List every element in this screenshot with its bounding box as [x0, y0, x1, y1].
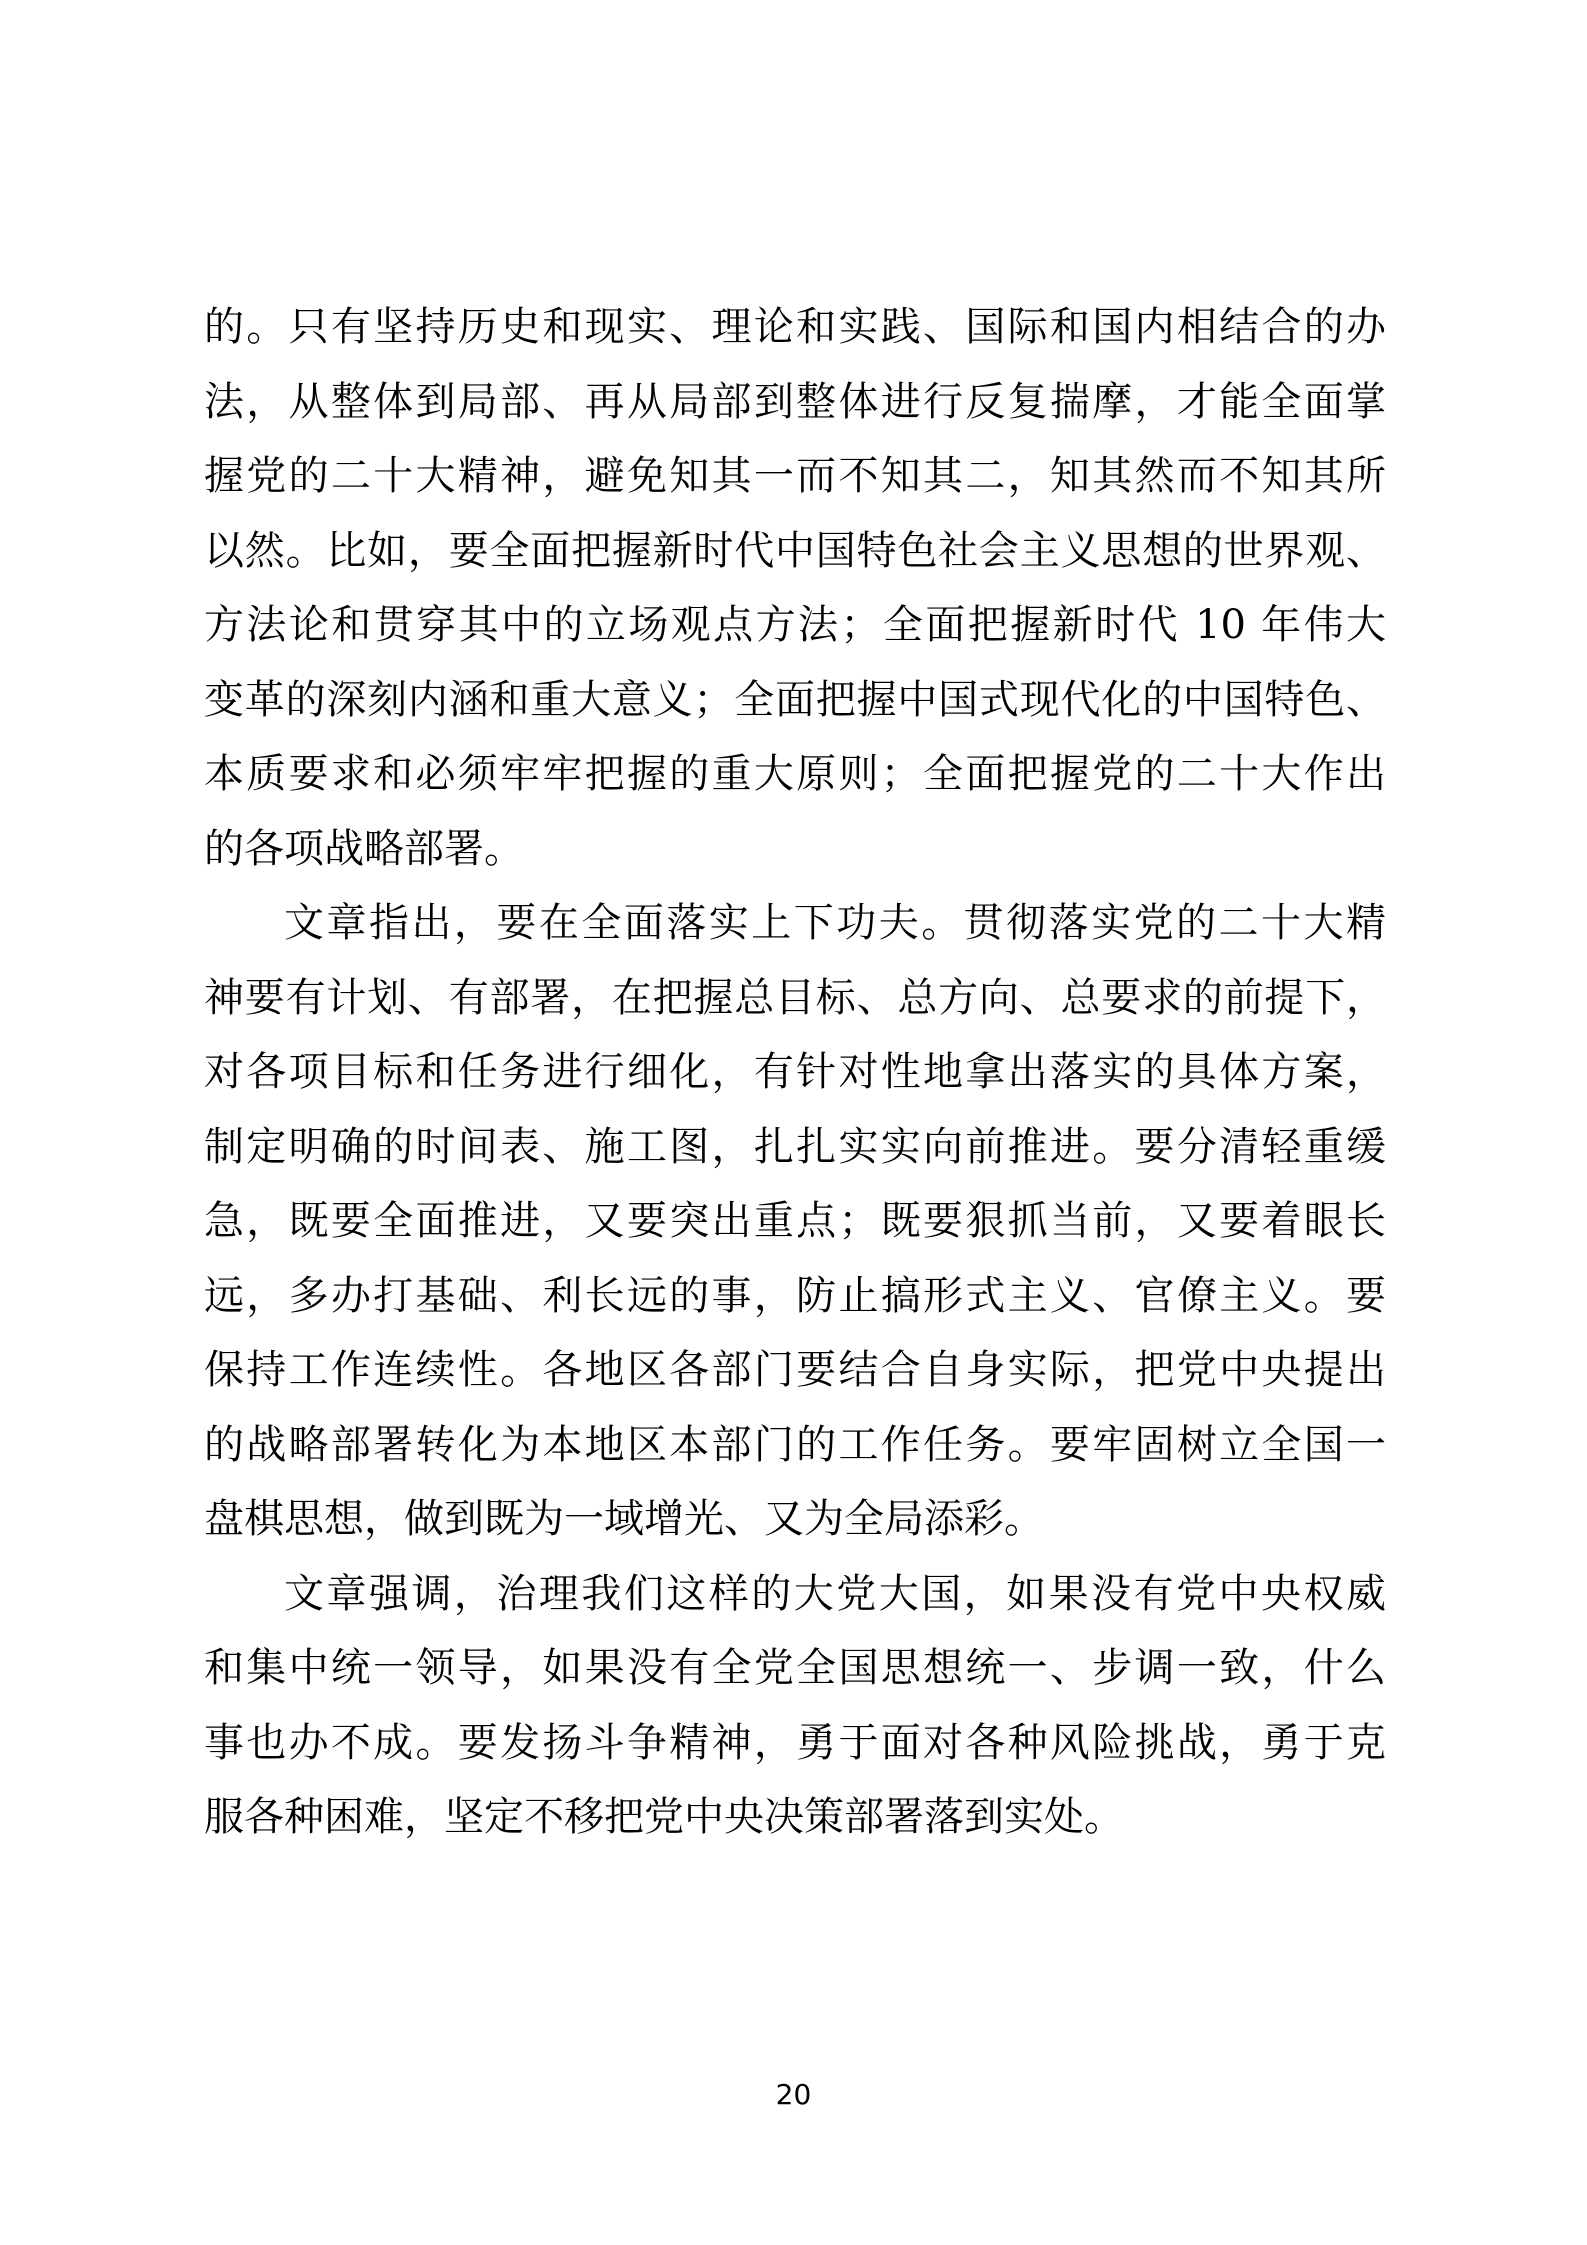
text-line: 远，多办打基础、利长远的事，防止搞形式主义、官僚主义。要 [204, 1259, 1386, 1334]
page-number: 20 [776, 2078, 812, 2111]
text-line: 服各种困难，坚定不移把党中央决策部署落到实处。 [204, 1780, 1386, 1855]
text-line: 和集中统一领导，如果没有全党全国思想统一、步调一致，什么 [204, 1631, 1386, 1706]
text-line: 文章指出，要在全面落实上下功夫。贯彻落实党的二十大精 [204, 886, 1386, 961]
text-line: 的战略部署转化为本地区本部门的工作任务。要牢固树立全国一 [204, 1408, 1386, 1483]
text-line: 方法论和贯穿其中的立场观点方法；全面把握新时代 10 年伟大 [204, 588, 1386, 663]
text-line: 的各项战略部署。 [204, 812, 1386, 887]
text-line: 盘棋思想，做到既为一域增光、又为全局添彩。 [204, 1482, 1386, 1557]
text-line: 本质要求和必须牢牢把握的重大原则；全面把握党的二十大作出 [204, 737, 1386, 812]
text-line: 法，从整体到局部、再从局部到整体进行反复揣摩，才能全面掌 [204, 365, 1386, 440]
text-line: 握党的二十大精神，避免知其一而不知其二，知其然而不知其所 [204, 439, 1386, 514]
document-page: 的。只有坚持历史和现实、理论和实践、国际和国内相结合的办法，从整体到局部、再从局… [0, 0, 1587, 2245]
text-line: 以然。比如，要全面把握新时代中国特色社会主义思想的世界观、 [204, 514, 1386, 589]
text-line: 文章强调，治理我们这样的大党大国，如果没有党中央权威 [204, 1557, 1386, 1632]
page-footer: 20 [0, 2078, 1587, 2111]
text-line: 制定明确的时间表、施工图，扎扎实实向前推进。要分清轻重缓 [204, 1110, 1386, 1185]
text-line: 神要有计划、有部署，在把握总目标、总方向、总要求的前提下， [204, 961, 1386, 1036]
text-line: 急，既要全面推进，又要突出重点；既要狠抓当前，又要着眼长 [204, 1184, 1386, 1259]
body-text: 的。只有坚持历史和现实、理论和实践、国际和国内相结合的办法，从整体到局部、再从局… [204, 290, 1386, 1855]
text-line: 对各项目标和任务进行细化，有针对性地拿出落实的具体方案， [204, 1035, 1386, 1110]
text-line: 保持工作连续性。各地区各部门要结合自身实际，把党中央提出 [204, 1333, 1386, 1408]
text-line: 事也办不成。要发扬斗争精神，勇于面对各种风险挑战，勇于克 [204, 1706, 1386, 1781]
text-line: 变革的深刻内涵和重大意义；全面把握中国式现代化的中国特色、 [204, 663, 1386, 738]
text-line: 的。只有坚持历史和现实、理论和实践、国际和国内相结合的办 [204, 290, 1386, 365]
